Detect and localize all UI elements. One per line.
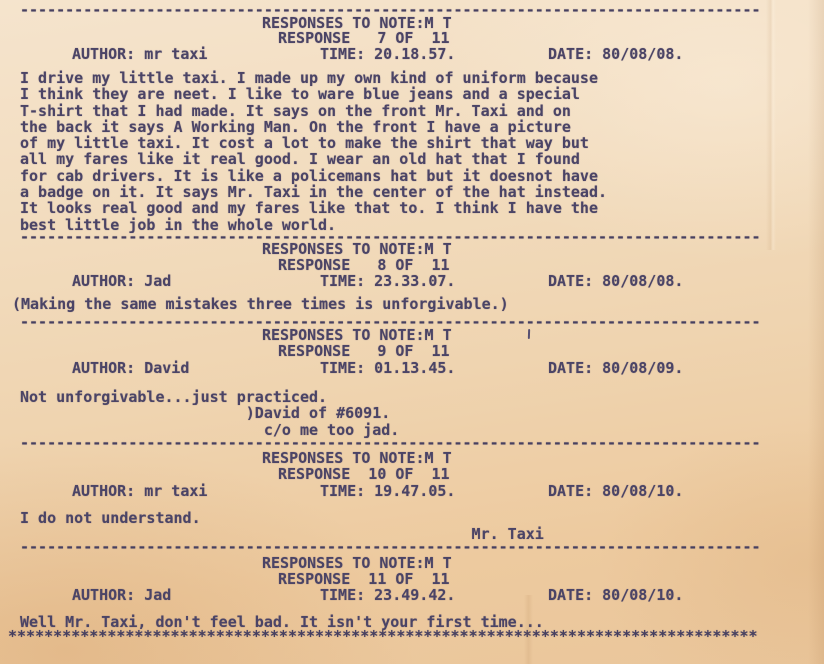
scanned-notes-page: ----------------------------------------… bbox=[0, 0, 824, 664]
date-value: 80/08/08. bbox=[602, 272, 683, 290]
response-title: RESPONSES TO NOTE:M T bbox=[262, 555, 452, 571]
time-label: TIME: bbox=[320, 482, 365, 500]
separator-line: ----------------------------------------… bbox=[20, 539, 762, 555]
body-line: the back it says A Working Man. On the f… bbox=[20, 119, 607, 135]
author-label: AUTHOR: bbox=[72, 482, 135, 500]
date-label: DATE: bbox=[548, 272, 593, 290]
date-value: 80/08/08. bbox=[602, 45, 683, 63]
response-title: RESPONSES TO NOTE:M T bbox=[262, 241, 452, 257]
author-value: Jad bbox=[144, 272, 171, 290]
time-field: TIME:01.13.45. bbox=[320, 360, 455, 376]
date-value: 80/08/10. bbox=[602, 586, 683, 604]
time-field: TIME:19.47.05. bbox=[320, 483, 455, 499]
author-value: mr taxi bbox=[144, 45, 207, 63]
time-value: 19.47.05. bbox=[374, 482, 455, 500]
response-body: I drive my little taxi. I made up my own… bbox=[20, 70, 607, 233]
author-value: Jad bbox=[144, 586, 171, 604]
time-value: 23.49.42. bbox=[374, 586, 455, 604]
body-line: I do not understand. bbox=[20, 510, 544, 526]
response-counter: RESPONSE 8 OF 11 bbox=[278, 257, 450, 273]
author-field: AUTHOR:David bbox=[72, 360, 189, 376]
time-label: TIME: bbox=[320, 586, 365, 604]
date-label: DATE: bbox=[548, 482, 593, 500]
date-field: DATE:80/08/10. bbox=[548, 483, 683, 499]
response-counter: RESPONSE 10 OF 11 bbox=[278, 466, 450, 482]
author-label: AUTHOR: bbox=[72, 586, 135, 604]
time-label: TIME: bbox=[320, 359, 365, 377]
response-counter: RESPONSE 9 OF 11 bbox=[278, 343, 450, 359]
body-line: It looks real good and my fares like tha… bbox=[20, 200, 607, 216]
author-field: AUTHOR:mr taxi bbox=[72, 46, 207, 62]
footer-asterisk-line: ****************************************… bbox=[8, 628, 758, 644]
body-line: a badge on it. It says Mr. Taxi in the c… bbox=[20, 184, 607, 200]
response-body: (Making the same mistakes three times is… bbox=[12, 296, 509, 312]
author-field: AUTHOR:Jad bbox=[72, 273, 171, 289]
response-title: RESPONSES TO NOTE:M T bbox=[262, 327, 452, 343]
author-field: AUTHOR:mr taxi bbox=[72, 483, 207, 499]
time-label: TIME: bbox=[320, 45, 365, 63]
date-value: 80/08/10. bbox=[602, 482, 683, 500]
response-counter: RESPONSE 11 OF 11 bbox=[278, 571, 450, 587]
body-line: all my fares like it real good. I wear a… bbox=[20, 151, 607, 167]
date-field: DATE:80/08/09. bbox=[548, 360, 683, 376]
response-counter: RESPONSE 7 OF 11 bbox=[278, 30, 450, 46]
date-field: DATE:80/08/08. bbox=[548, 46, 683, 62]
author-label: AUTHOR: bbox=[72, 45, 135, 63]
date-label: DATE: bbox=[548, 45, 593, 63]
body-line: Not unforgivable...just practiced. bbox=[20, 389, 399, 405]
author-value: mr taxi bbox=[144, 482, 207, 500]
time-value: 20.18.57. bbox=[374, 45, 455, 63]
response-body: I do not understand. Mr. Taxi bbox=[20, 510, 544, 543]
date-value: 80/08/09. bbox=[602, 359, 683, 377]
time-field: TIME:20.18.57. bbox=[320, 46, 455, 62]
body-line: (Making the same mistakes three times is… bbox=[12, 296, 509, 312]
response-body: Not unforgivable...just practiced. )Davi… bbox=[20, 389, 399, 438]
body-line signature-line: )David of #6091. bbox=[20, 405, 399, 421]
time-value: 01.13.45. bbox=[374, 359, 455, 377]
time-label: TIME: bbox=[320, 272, 365, 290]
author-label: AUTHOR: bbox=[72, 359, 135, 377]
time-field: TIME:23.49.42. bbox=[320, 587, 455, 603]
stray-ink-mark bbox=[528, 329, 530, 339]
time-value: 23.33.07. bbox=[374, 272, 455, 290]
author-label: AUTHOR: bbox=[72, 272, 135, 290]
time-field: TIME:23.33.07. bbox=[320, 273, 455, 289]
date-field: DATE:80/08/08. bbox=[548, 273, 683, 289]
date-label: DATE: bbox=[548, 586, 593, 604]
date-label: DATE: bbox=[548, 359, 593, 377]
paper-edge-shadow bbox=[808, 0, 824, 664]
body-line: for cab drivers. It is like a policemans… bbox=[20, 168, 607, 184]
response-title: RESPONSES TO NOTE:M T bbox=[262, 450, 452, 466]
body-line: T-shirt that I had made. It says on the … bbox=[20, 103, 607, 119]
paper-crease bbox=[766, 0, 776, 250]
body-line: I drive my little taxi. I made up my own… bbox=[20, 70, 607, 86]
author-value: David bbox=[144, 359, 189, 377]
body-line: I think they are neet. I like to ware bl… bbox=[20, 86, 607, 102]
date-field: DATE:80/08/10. bbox=[548, 587, 683, 603]
author-field: AUTHOR:Jad bbox=[72, 587, 171, 603]
